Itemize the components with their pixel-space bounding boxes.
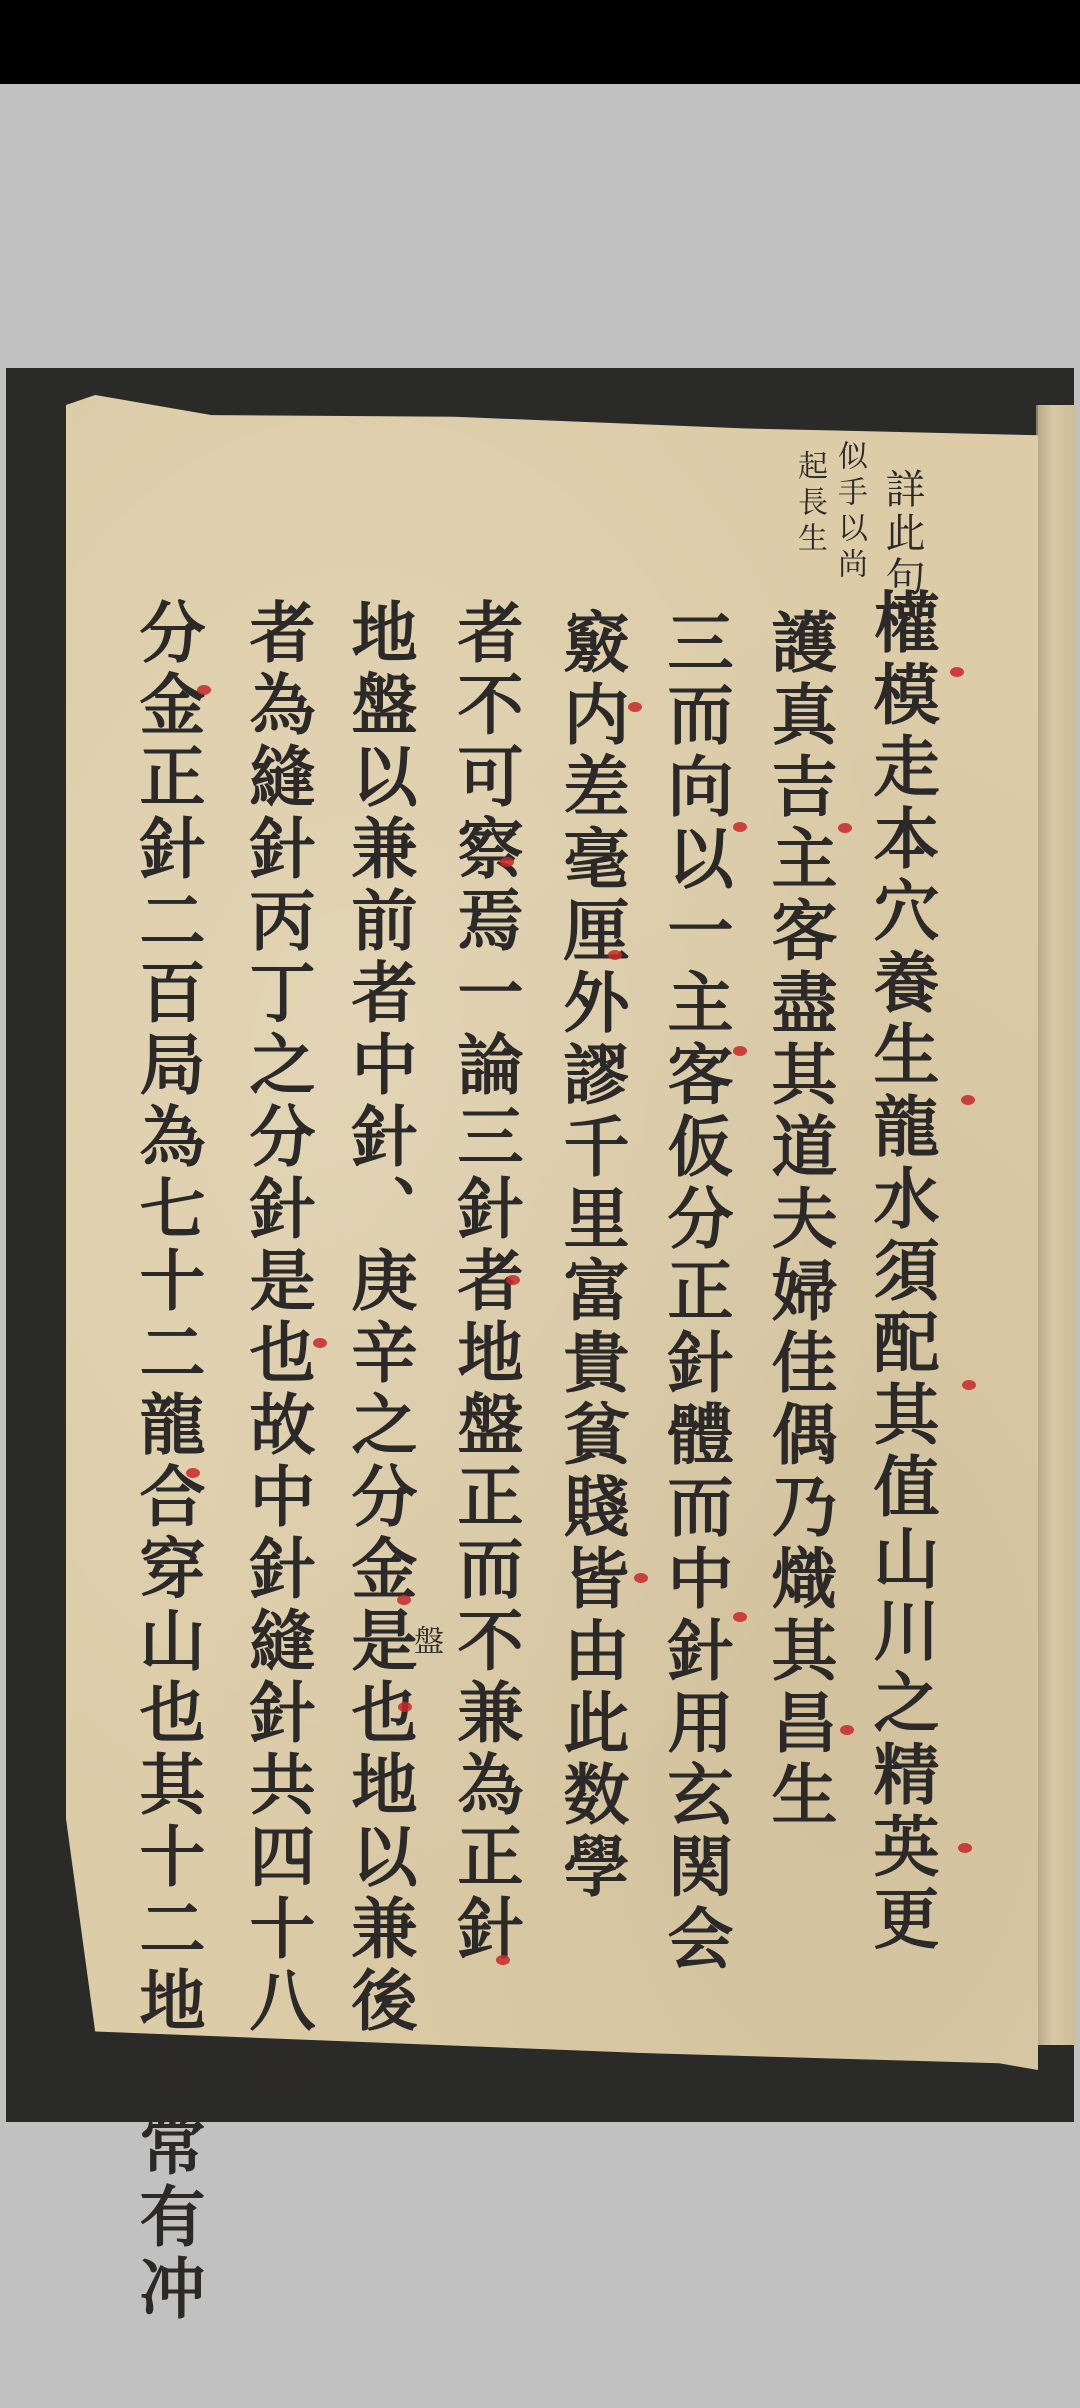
column-2-text: 護真吉主客盡其道夫婦佳偶乃熾其昌生 bbox=[766, 608, 832, 1832]
red-punctuation-mark bbox=[500, 857, 514, 867]
book-spine-edge bbox=[1036, 405, 1076, 2045]
red-punctuation-mark bbox=[958, 1843, 972, 1853]
red-punctuation-mark bbox=[608, 950, 622, 960]
column-3-text: 三而向以一主客仮分正針體而中針用玄関会 bbox=[662, 608, 728, 1976]
column-1-prefix: 詳此句 bbox=[882, 468, 922, 600]
red-punctuation-mark bbox=[186, 1468, 200, 1478]
column-2-annotation-2: 起長生 bbox=[794, 450, 824, 558]
red-punctuation-mark bbox=[733, 1612, 747, 1622]
column-8-text: 分金正針二百局為七十二龍合穿山也其十二地支常有冲 bbox=[134, 598, 200, 2326]
red-punctuation-mark bbox=[506, 1275, 520, 1285]
red-punctuation-mark bbox=[634, 1573, 648, 1583]
red-punctuation-mark bbox=[398, 1702, 412, 1712]
red-punctuation-mark bbox=[840, 1725, 854, 1735]
red-punctuation-mark bbox=[313, 1338, 327, 1348]
red-punctuation-mark bbox=[950, 667, 964, 677]
red-punctuation-mark bbox=[496, 1955, 510, 1965]
column-6-text: 地盤以兼前者中針、庚辛之分金是也地以兼後 bbox=[346, 598, 412, 2038]
red-punctuation-mark bbox=[962, 1380, 976, 1390]
column-4-text: 竅内差毫厘外謬千里富貴貧賤皆由此数學 bbox=[558, 608, 624, 1904]
top-black-bar bbox=[0, 0, 1080, 84]
red-punctuation-mark bbox=[961, 1095, 975, 1105]
column-6-interlinear-note: 盤 bbox=[410, 1625, 440, 1661]
red-punctuation-mark bbox=[733, 822, 747, 832]
red-punctuation-mark bbox=[197, 685, 211, 695]
column-1-text: 權模走本穴養生龍水須配其值山川之精英更 bbox=[868, 588, 934, 1956]
red-punctuation-mark bbox=[628, 702, 642, 712]
red-punctuation-mark bbox=[733, 1046, 747, 1056]
red-punctuation-mark bbox=[397, 1595, 411, 1605]
column-2-annotation-1: 似手以尚 bbox=[834, 440, 864, 584]
red-punctuation-mark bbox=[838, 823, 852, 833]
column-7-text: 者為縫針丙丁之分針是也故中針縫針共四十八局 bbox=[244, 598, 310, 2110]
